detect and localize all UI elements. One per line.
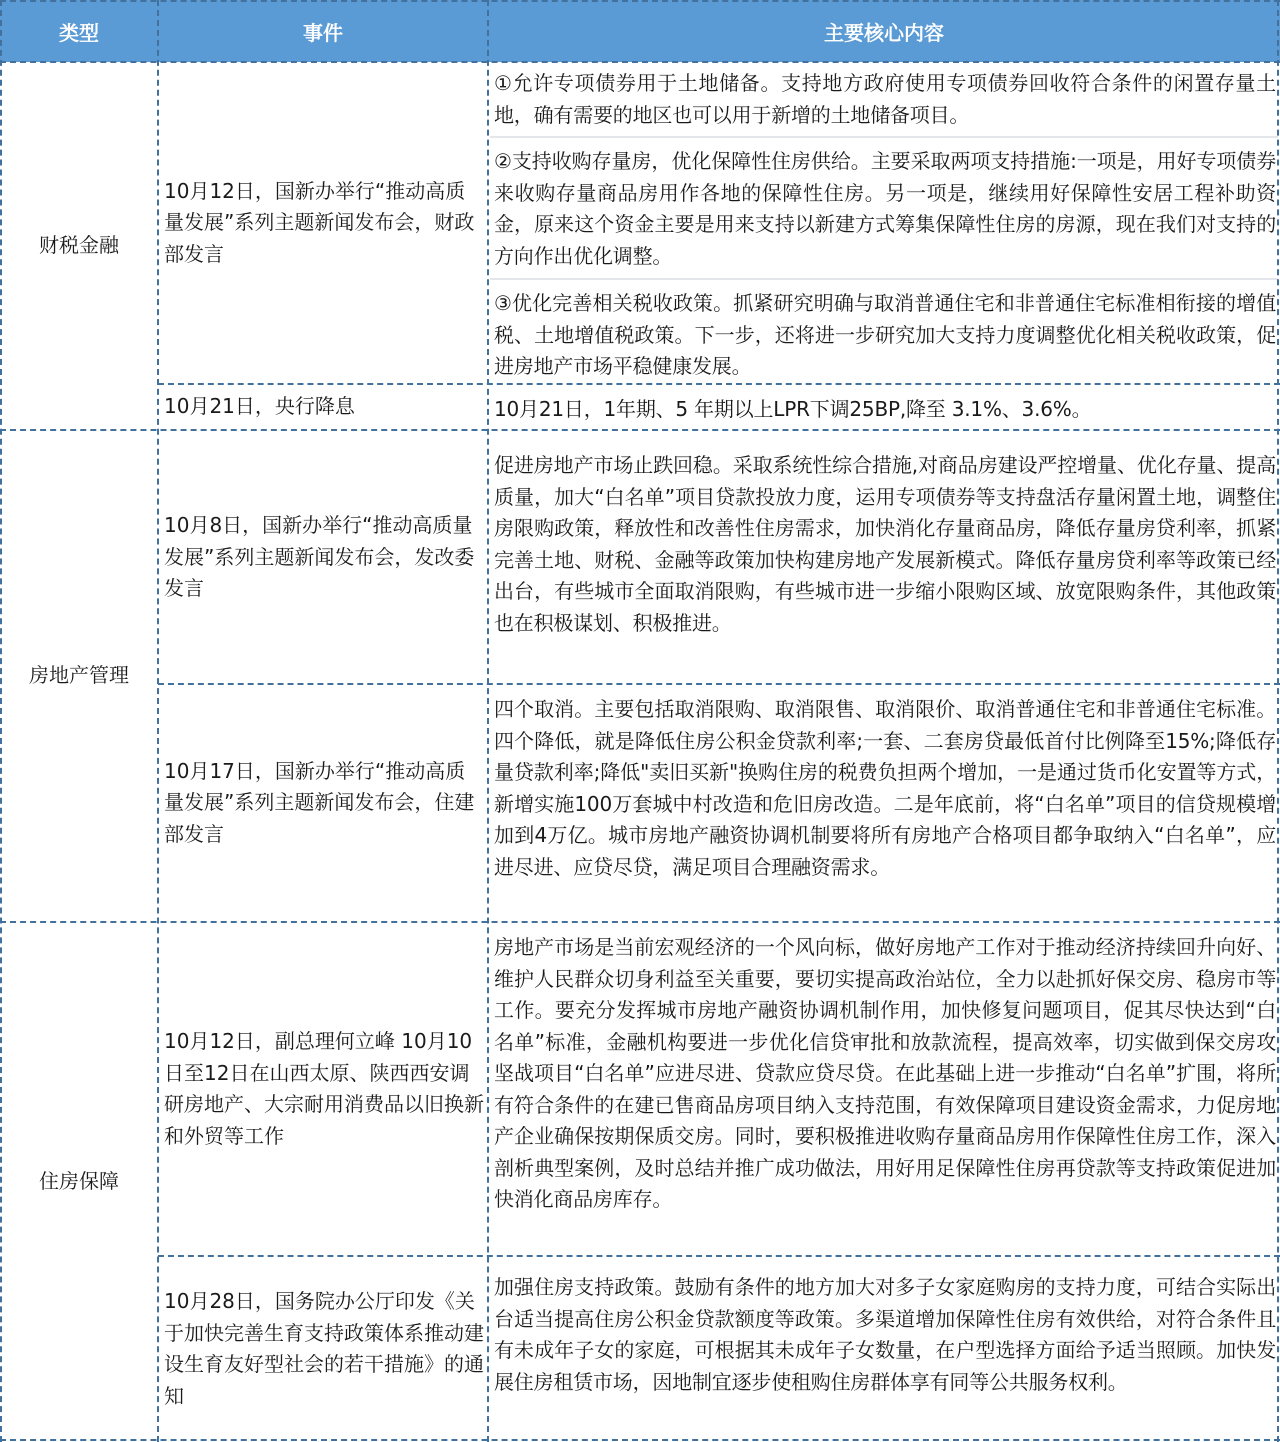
row-divider: [158, 683, 1280, 685]
category-cell: 房地产管理: [0, 430, 158, 922]
event-cell: 10月28日，国务院办公厅印发《关于加快完善生育支持政策体系推动建设生育友好型社…: [158, 1256, 488, 1442]
content-cell: 四个取消。主要包括取消限购、取消限售、取消限价、取消普通住宅和非普通住宅标准。四…: [488, 690, 1280, 922]
border-right: [1277, 0, 1279, 1442]
sub-divider: [490, 136, 1278, 138]
event-text: 10月21日，央行降息: [164, 391, 355, 423]
row-divider: [0, 921, 1280, 923]
header-content: 主要核心内容: [488, 0, 1280, 62]
event-text: 10月17日，国新办举行“推动高质量发展”系列主题新闻发布会，住建部发言: [164, 756, 484, 851]
event-cell: 10月8日，国新办举行“推动高质量发展”系列主题新闻发布会，发改委发言: [158, 430, 488, 684]
content-cell: ②支持收购存量房，优化保障性住房供给。主要采取两项支持措施:一项是，用好专项债券…: [488, 142, 1280, 276]
event-text: 10月12日，副总理何立峰 10月10日至12日在山西太原、陕西西安调研房地产、…: [164, 1026, 484, 1152]
border-top: [0, 0, 1280, 2]
header-type: 类型: [0, 0, 158, 62]
col-divider: [157, 0, 159, 1442]
header-event: 事件: [158, 0, 488, 62]
row-divider: [0, 429, 1280, 431]
event-cell: 10月21日，央行降息: [158, 384, 488, 430]
category-cell: 财税金融: [0, 62, 158, 430]
content-cell: 10月21日，1年期、5 年期以上LPR下调25BP,降至 3.1%、3.6%。: [488, 390, 1280, 430]
event-text: 10月28日，国务院办公厅印发《关于加快完善生育支持政策体系推动建设生育友好型社…: [164, 1286, 484, 1412]
sub-divider: [490, 278, 1278, 280]
content-cell: ③优化完善相关税收政策。抓紧研究明确与取消普通住宅和非普通住宅标准相衔接的增值税…: [488, 284, 1280, 384]
event-cell: 10月17日，国新办举行“推动高质量发展”系列主题新闻发布会，住建部发言: [158, 684, 488, 922]
col-divider: [487, 0, 489, 1442]
event-text: 10月8日，国新办举行“推动高质量发展”系列主题新闻发布会，发改委发言: [164, 510, 484, 605]
event-text: 10月12日，国新办举行“推动高质量发展”系列主题新闻发布会，财政部发言: [164, 176, 484, 271]
category-cell: 住房保障: [0, 922, 158, 1442]
content-cell: 加强住房支持政策。鼓励有条件的地方加大对多子女家庭购房的支持力度，可结合实际出台…: [488, 1268, 1280, 1442]
row-divider: [158, 1255, 1280, 1257]
content-cell: ①允许专项债券用于土地储备。支持地方政府使用专项债券回收符合条件的闲置存量土地，…: [488, 64, 1280, 134]
event-cell: 10月12日，国新办举行“推动高质量发展”系列主题新闻发布会，财政部发言: [158, 62, 488, 384]
border-left: [0, 0, 2, 1442]
event-cell: 10月12日，副总理何立峰 10月10日至12日在山西太原、陕西西安调研房地产、…: [158, 922, 488, 1256]
border-bottom: [0, 1439, 1280, 1441]
policy-table: 类型 事件 主要核心内容 财税金融 房地产管理 住房保障 10月12日，国新办举…: [0, 0, 1280, 1442]
row-divider: [158, 383, 1280, 385]
header-divider: [0, 61, 1280, 63]
content-cell: 房地产市场是当前宏观经济的一个风向标，做好房地产工作对于推动经济持续回升向好、维…: [488, 928, 1280, 1256]
content-cell: 促进房地产市场止跌回稳。采取系统性综合措施,对商品房建设严控增量、优化存量、提高…: [488, 446, 1280, 684]
